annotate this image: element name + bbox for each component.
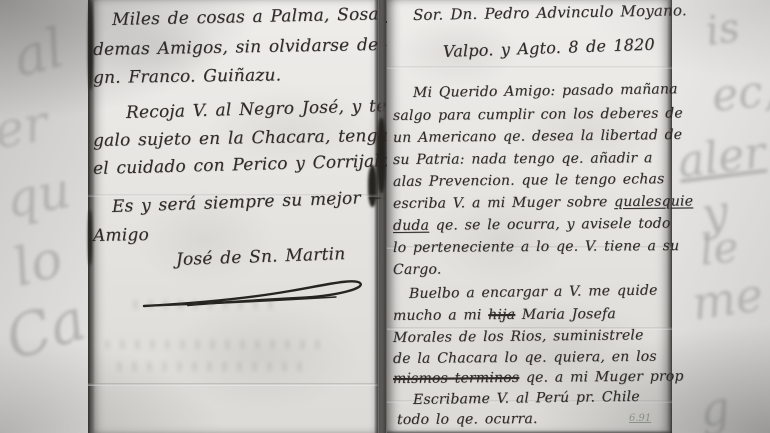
- background-ghost-text: is: [703, 8, 742, 52]
- background-ghost-text: qu: [2, 165, 74, 225]
- handwritten-line: su Patria: nada tengo qe. añadir a: [393, 151, 653, 167]
- underlined-text: qualesquie: [614, 193, 693, 210]
- background-ghost-text: le: [698, 226, 740, 272]
- handwritten-line: mismos terminos qe. a mi Muger prop: [393, 369, 684, 386]
- handwritten-line: Morales de los Rios, suministrele: [393, 328, 644, 345]
- handwritten-line: Amigo: [93, 227, 149, 245]
- background-ghost-text: er: [0, 97, 52, 156]
- handwritten-line: alas Prevencion. que le tengo echas: [393, 172, 665, 189]
- archive-number: 6.91: [629, 413, 651, 424]
- paper-crease: [88, 383, 378, 386]
- paper-crease: [387, 66, 672, 69]
- handwritten-line: un Americano qe. desea la libertad de: [393, 128, 682, 145]
- handwritten-line: galo sujeto en la Chacara, tenga: [93, 128, 388, 150]
- line-text: mucho a mi: [393, 307, 488, 324]
- handwritten-line: Buelbo a encargar a V. me quide: [409, 284, 658, 301]
- struck-text: mismos terminos: [393, 370, 519, 387]
- handwritten-line: Mi Querido Amigo: pasado mañana: [413, 82, 678, 100]
- letter-recipient: Sor. Dn. Pedro Advinculo Moyano.: [413, 3, 687, 23]
- handwritten-line: Escribame V. al Perú pr. Chile: [413, 390, 640, 407]
- handwritten-line: Cargo.: [393, 263, 442, 277]
- handwritten-line: mucho a mi hija Maria Josefa: [393, 307, 616, 323]
- line-text: Maria Josefa: [515, 306, 616, 323]
- background-ghost-text: g: [697, 384, 733, 433]
- handwritten-line: salgo para cumplir con los deberes de: [393, 106, 683, 123]
- letter-page-right: Sor. Dn. Pedro Advinculo Moyano. Valpo. …: [387, 0, 672, 433]
- handwritten-line: duda qe. se le ocurra, y avisele todo: [393, 217, 671, 233]
- handwritten-line: lo perteneciente a lo qe. V. tiene a su: [393, 239, 679, 255]
- ink-bleedthrough: [100, 340, 330, 349]
- background-ghost-text: ec,: [710, 69, 770, 120]
- handwritten-line: el cuidado con Perico y Corrijalo.: [93, 153, 396, 178]
- handwritten-line: de la Chacara lo qe. quiera, en los: [393, 350, 657, 366]
- handwritten-line: demas Amigos, sin olvidarse de —: [93, 37, 403, 59]
- ink-smudge: [377, 118, 386, 193]
- letter-page-left: Miles de cosas a Palma, Sosa y — demas A…: [88, 0, 378, 433]
- ink-smudge: [88, 210, 92, 265]
- line-text: qe. a mi Muger prop: [519, 368, 684, 385]
- signature-san-martin: José de Sn. Martin: [176, 246, 346, 269]
- line-text: qe. se le ocurra, y avisele todo: [429, 216, 671, 234]
- ink-bleedthrough: [112, 362, 307, 371]
- handwritten-line: Recoja V. al Negro José, y ten: [126, 98, 398, 122]
- background-ghost-text: me: [689, 271, 766, 326]
- line-text: escriba V. a mi Muger sobre: [393, 194, 614, 212]
- handwritten-line: gn. Franco. Guiñazu.: [93, 67, 282, 87]
- ink-bleedthrough: [128, 300, 278, 309]
- letter-photograph: al er qu lo Ca is ec, aler y le me g Mil…: [0, 0, 770, 433]
- handwritten-line: todo lo qe. ocurra.: [397, 412, 538, 427]
- letter-dateline: Valpo. y Agto. 8 de 1820: [443, 37, 655, 60]
- struck-text: hija: [488, 307, 515, 323]
- handwritten-line: escriba V. a mi Muger sobre qualesquie: [393, 194, 693, 211]
- background-ghost-text: aler: [676, 131, 768, 185]
- underlined-text: duda: [393, 218, 429, 234]
